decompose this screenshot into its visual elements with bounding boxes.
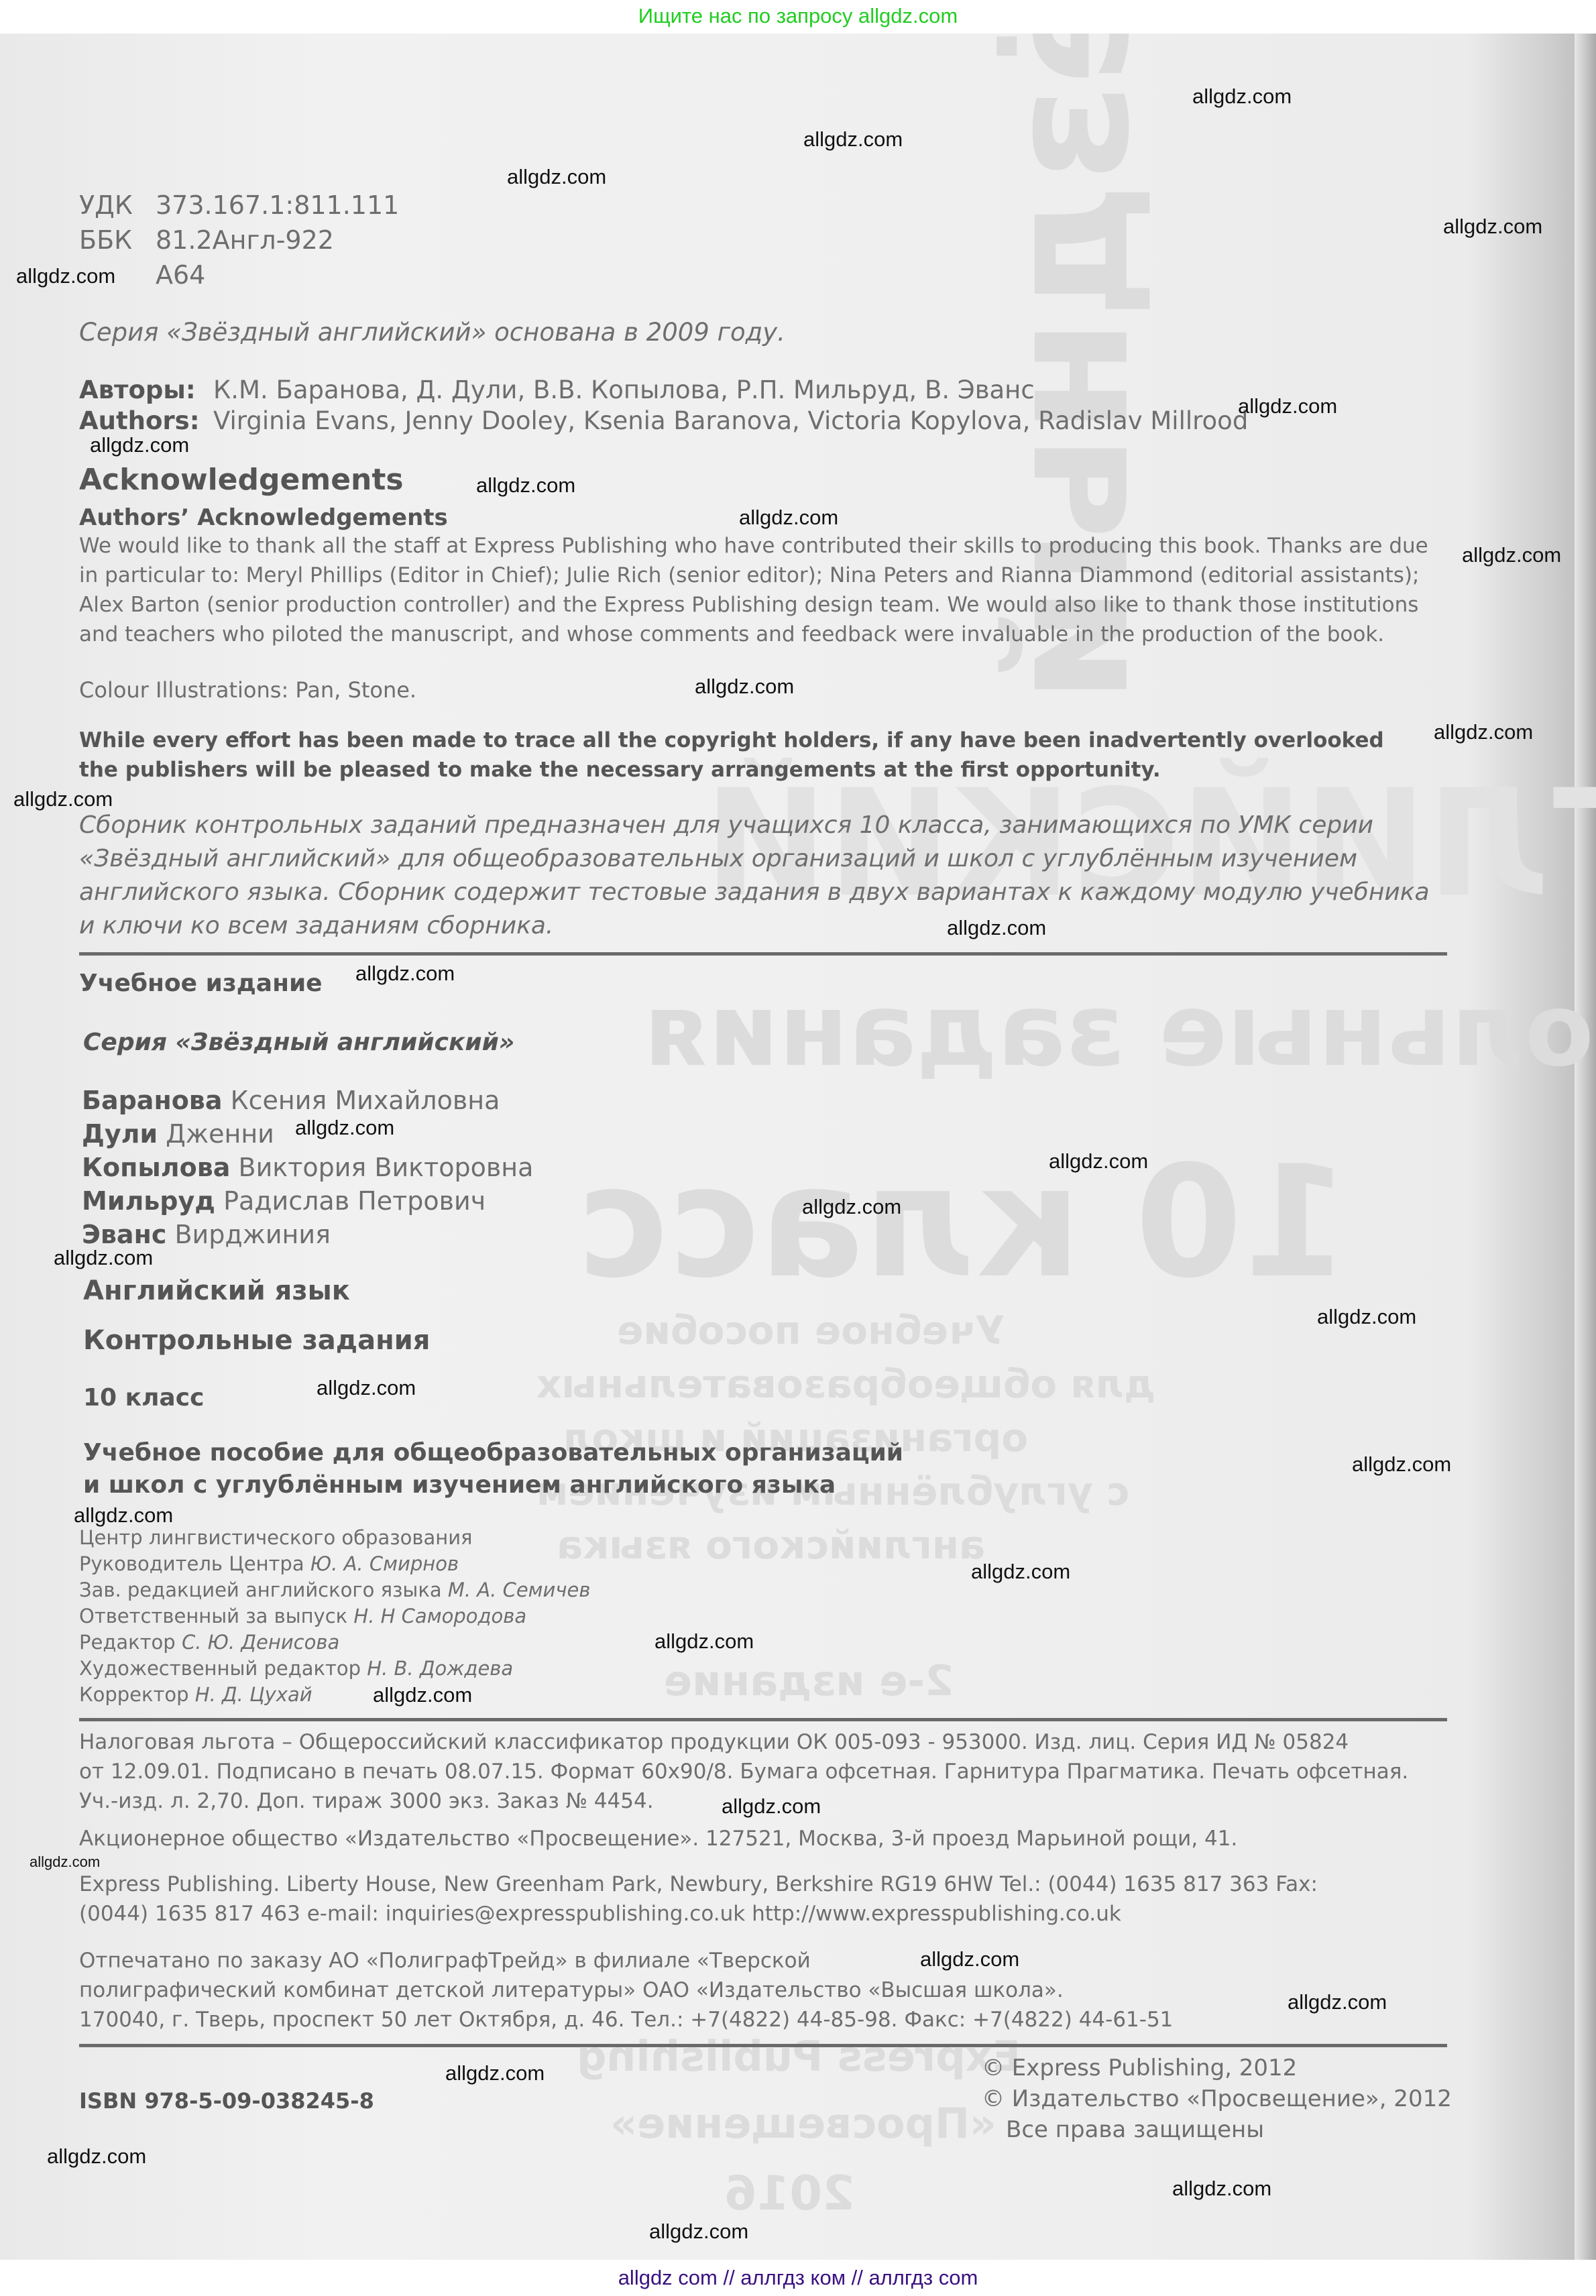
- authors-ru-value: К.М. Баранова, Д. Дули, В.В. Копылова, Р…: [213, 376, 1035, 404]
- watermark: allgdz.com: [947, 916, 1046, 940]
- author-list: Баранова Ксения Михайловна Дули Дженни К…: [82, 1084, 533, 1251]
- watermark: allgdz.com: [355, 962, 455, 986]
- purpose-line-0: Учебное пособие для общеобразовательных …: [83, 1439, 903, 1467]
- watermark: allgdz.com: [1352, 1452, 1451, 1477]
- publisher-en-1: (0044) 1635 817 463 e-mail: inquiries@ex…: [79, 1902, 1121, 1926]
- watermark: allgdz.com: [54, 1246, 153, 1270]
- watermark: allgdz.com: [317, 1376, 416, 1400]
- ghost-edition: 2-е издание: [664, 1656, 954, 1705]
- copyright-notice-1: the publishers will be pleased to make t…: [79, 758, 1161, 782]
- copyright-2: Все права защищены: [1006, 2116, 1264, 2143]
- imprint-tax-1: от 12.09.01. Подписано в печать 08.07.15…: [79, 1760, 1408, 1784]
- printer-2: 170040, г. Тверь, проспект 50 лет Октябр…: [79, 2008, 1173, 2032]
- watermark: allgdz.com: [971, 1560, 1070, 1584]
- staff-entry: Корректор Н. Д. Цухай: [79, 1682, 590, 1708]
- watermark: allgdz.com: [476, 473, 575, 498]
- imprint-tax-2: Уч.-изд. л. 2,70. Доп. тираж 3000 экз. З…: [79, 1789, 654, 1813]
- copyright-1: © Издательство «Просвещение», 2012: [982, 2085, 1452, 2112]
- staff-list: Центр лингвистического образования Руков…: [79, 1525, 590, 1708]
- watermark: allgdz.com: [649, 2220, 748, 2244]
- ack-line-0: We would like to thank all the staff at …: [79, 534, 1428, 558]
- staff-entry: Художественный редактор Н. В. Дождева: [79, 1656, 590, 1682]
- watermark: allgdz.com: [695, 675, 794, 699]
- ghost-publisher-3: 2016: [724, 2166, 855, 2221]
- watermark: allgdz.com: [47, 2144, 146, 2169]
- publisher-ru: Акционерное общество «Издательство «Прос…: [79, 1827, 1237, 1851]
- watermark: allgdz.com: [90, 433, 189, 457]
- author-entry: Баранова Ксения Михайловна: [82, 1084, 533, 1117]
- watermark: allgdz.com: [803, 127, 903, 152]
- staff-entry: Руководитель Центра Ю. А. Смирнов: [79, 1551, 590, 1577]
- divider-1: [79, 952, 1447, 956]
- publisher-en-0: Express Publishing. Liberty House, New G…: [79, 1872, 1318, 1896]
- acknowledgements-heading: Acknowledgements: [79, 463, 404, 497]
- bbk-label: ББК: [79, 225, 132, 255]
- watermark: allgdz.com: [920, 1947, 1019, 1971]
- divider-2: [79, 1718, 1447, 1721]
- staff-entry: Центр лингвистического образования: [79, 1525, 590, 1551]
- top-banner[interactable]: Ищите нас по запросу allgdz.com: [0, 0, 1596, 34]
- ghost-manual-1: для общеобразовательных: [536, 1361, 1155, 1407]
- bbk-value: 81.2Англ-922: [156, 225, 334, 255]
- watermark: allgdz.com: [654, 1629, 754, 1654]
- udk-value: 373.167.1:811.111: [156, 190, 399, 220]
- subject: Английский язык: [83, 1275, 350, 1306]
- authors-en-label: Authors:: [79, 406, 200, 435]
- printer-0: Отпечатано по заказу АО «ПолиграфТрейд» …: [79, 1949, 811, 1973]
- watermark: allgdz.com: [30, 1853, 100, 1871]
- watermark: allgdz.com: [1317, 1305, 1416, 1329]
- ghost-control: Контрольные задания: [644, 972, 1596, 1089]
- acknowledgements-subheading: Authors’ Acknowledgements: [79, 504, 448, 531]
- watermark: allgdz.com: [507, 165, 606, 189]
- watermark: allgdz.com: [445, 2061, 545, 2085]
- ghost-manual-0: Учебное пособие: [617, 1308, 1005, 1353]
- udk-label: УДК: [79, 190, 133, 220]
- staff-entry: Ответственный за выпуск Н. Н Самородова: [79, 1603, 590, 1629]
- author-entry: Копылова Виктория Викторовна: [82, 1151, 533, 1184]
- book-title: Контрольные задания: [83, 1325, 430, 1356]
- watermark: allgdz.com: [1172, 2177, 1271, 2201]
- watermark: allgdz.com: [1462, 543, 1561, 567]
- staff-entry: Редактор С. Ю. Денисова: [79, 1629, 590, 1656]
- illustrations-credit: Colour Illustrations: Pan, Stone.: [79, 677, 416, 703]
- ack-line-2: Alex Barton (senior production controlle…: [79, 593, 1418, 617]
- author-entry: Мильруд Радислав Петрович: [82, 1184, 533, 1218]
- isbn: ISBN 978-5-09-038245-8: [79, 2088, 374, 2114]
- ghost-manual-4: английского языка: [557, 1522, 985, 1568]
- watermark: allgdz.com: [722, 1794, 821, 1819]
- description-line-2: английского языка. Сборник содержит тест…: [79, 878, 1430, 906]
- edition-type: Учебное издание: [79, 970, 323, 997]
- watermark: allgdz.com: [13, 787, 113, 811]
- copyright-notice-0: While every effort has been made to trac…: [79, 728, 1384, 752]
- watermark: allgdz.com: [1288, 1990, 1387, 2014]
- bottom-banner[interactable]: allgdz com // аллгдз ком // аллгдз com: [0, 2260, 1596, 2296]
- watermark: allgdz.com: [373, 1683, 472, 1707]
- watermark: allgdz.com: [16, 264, 115, 288]
- copyright-0: © Express Publishing, 2012: [982, 2055, 1297, 2081]
- divider-3: [79, 2044, 1447, 2047]
- series-note: Серия «Звёздный английский» основана в 2…: [79, 318, 785, 347]
- watermark: allgdz.com: [1434, 720, 1533, 744]
- book-page: Звёздный АНГЛИЙСКИЙ Контрольные задания …: [0, 34, 1596, 2260]
- imprint-tax-0: Налоговая льгота – Общероссийский класси…: [79, 1730, 1349, 1754]
- watermark: allgdz.com: [1443, 215, 1542, 239]
- purpose-line-1: и школ с углублённым изучением английско…: [83, 1471, 836, 1499]
- ghost-grade: 10 класс: [577, 1133, 1350, 1312]
- printer-1: полиграфический комбинат детской литерат…: [79, 1978, 1064, 2002]
- ghost-publisher-1: Express Publishing: [577, 2032, 1021, 2081]
- description-line-1: «Звёздный английский» для общеобразовате…: [79, 845, 1357, 872]
- watermark: allgdz.com: [802, 1195, 901, 1219]
- watermark: allgdz.com: [1192, 84, 1292, 109]
- edition-series: Серия «Звёздный английский»: [83, 1029, 514, 1056]
- staff-entry: Зав. редакцией английского языка М. А. С…: [79, 1577, 590, 1603]
- page-edge: [1575, 34, 1596, 2260]
- watermark: allgdz.com: [295, 1116, 394, 1140]
- grade: 10 класс: [83, 1384, 204, 1412]
- authors-ru-label: Авторы:: [79, 376, 196, 404]
- ghost-publisher-2: «Просвещение»: [610, 2099, 996, 2148]
- description-line-3: и ключи ко всем заданиям сборника.: [79, 912, 553, 939]
- ack-line-3: and teachers who piloted the manuscript,…: [79, 622, 1384, 646]
- description-line-0: Сборник контрольных заданий предназначен…: [79, 811, 1373, 839]
- authors-en-value: Virginia Evans, Jenny Dooley, Ksenia Bar…: [213, 406, 1248, 435]
- watermark: allgdz.com: [739, 506, 838, 530]
- author-mark: А64: [156, 260, 205, 290]
- watermark: allgdz.com: [1238, 394, 1337, 418]
- ack-line-1: in particular to: Meryl Phillips (Editor…: [79, 563, 1420, 587]
- watermark: allgdz.com: [74, 1503, 173, 1528]
- watermark: allgdz.com: [1049, 1149, 1148, 1173]
